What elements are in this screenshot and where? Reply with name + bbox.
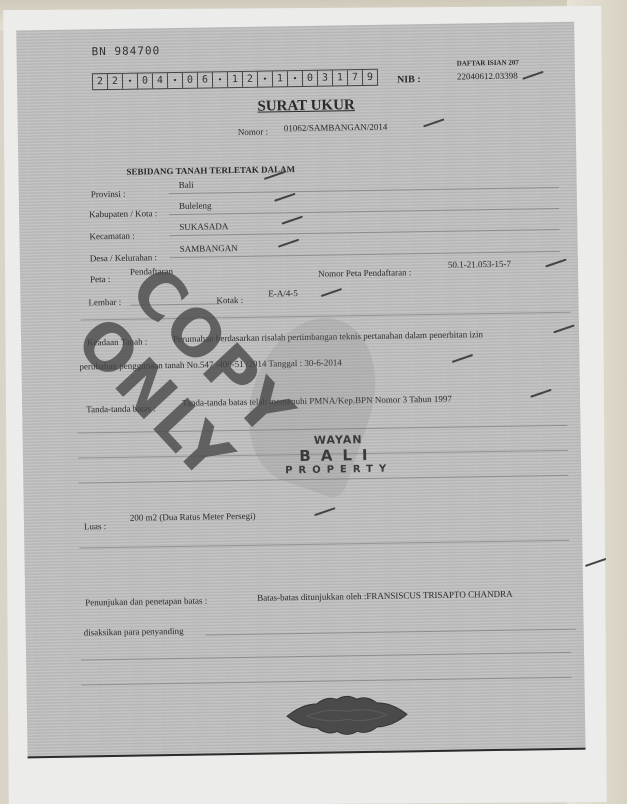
check-mark-icon [274,193,295,202]
kabupaten-value: Buleleng [179,200,212,211]
check-mark-icon [423,118,444,127]
check-mark-icon [585,558,606,567]
desa-value: SAMBANGAN [180,243,238,254]
code-box: 0 [303,71,318,86]
nib-label: NIB : [397,74,421,85]
code-box: 0 [183,73,198,88]
desa-label: Desa / Kelurahan : [90,252,157,263]
kecamatan-value: SUKASADA [179,221,228,232]
code-box: • [213,72,228,87]
check-mark-icon [545,258,566,267]
form-label: DAFTAR ISIAN 207 [457,59,519,68]
code-box: 7 [348,70,363,85]
provinsi-label: Provinsi : [91,189,126,200]
page-title: SURAT UKUR [257,97,355,116]
check-mark-icon [278,239,299,248]
peta-label: Peta : [90,274,110,284]
nomor-peta-value: 50.1-21.053-15-7 [448,259,511,270]
kotak-value: E-A/4-5 [268,288,298,298]
emblem-seal-icon [282,692,413,738]
kotak-label: Kotak : [216,295,243,305]
code-box: 1 [273,71,288,86]
bn-number: BN 984700 [91,44,160,58]
check-mark-icon [553,324,574,333]
luas-label: Luas : [84,521,106,531]
surat-ukur-form: BN 984700 22•04•06•12•1•03179 DAFTAR ISI… [16,22,585,759]
kecamatan-label: Kecamatan : [89,231,134,242]
nomor-peta-label: Nomor Peta Pendaftaran : [318,267,411,278]
parcel-code-boxes: 22•04•06•12•1•03179 [92,69,378,90]
code-box: 0 [138,73,153,88]
nib-value: 22040612.03398 [457,71,518,82]
nomor-label: Nomor : [238,127,268,137]
nomor-value: 01062/SAMBANGAN/2014 [284,122,388,134]
provinsi-value: Bali [179,180,194,190]
code-box: 6 [198,72,213,87]
code-box: 9 [363,70,377,85]
check-mark-icon [530,389,551,398]
code-box: 1 [228,72,243,87]
penunjukan-label: Penunjukan dan penetapan batas : [85,596,207,608]
document-sheet: BN 984700 22•04•06•12•1•03179 DAFTAR ISI… [3,6,607,804]
code-box: 3 [318,70,333,85]
code-box: • [288,71,303,86]
check-mark-icon [281,216,302,225]
code-box: • [258,71,273,86]
penyanding-text: disaksikan para penyanding [84,626,184,638]
check-mark-icon [321,288,342,297]
code-box: 2 [108,74,123,89]
code-box: 1 [333,70,348,85]
code-box: 2 [93,74,108,89]
check-mark-icon [522,71,543,80]
code-box: 4 [153,73,168,88]
kabupaten-label: Kabupaten / Kota : [89,208,157,219]
code-box: 2 [243,72,258,87]
code-box: • [168,73,183,88]
code-box: • [123,74,138,89]
check-mark-icon [452,354,473,363]
